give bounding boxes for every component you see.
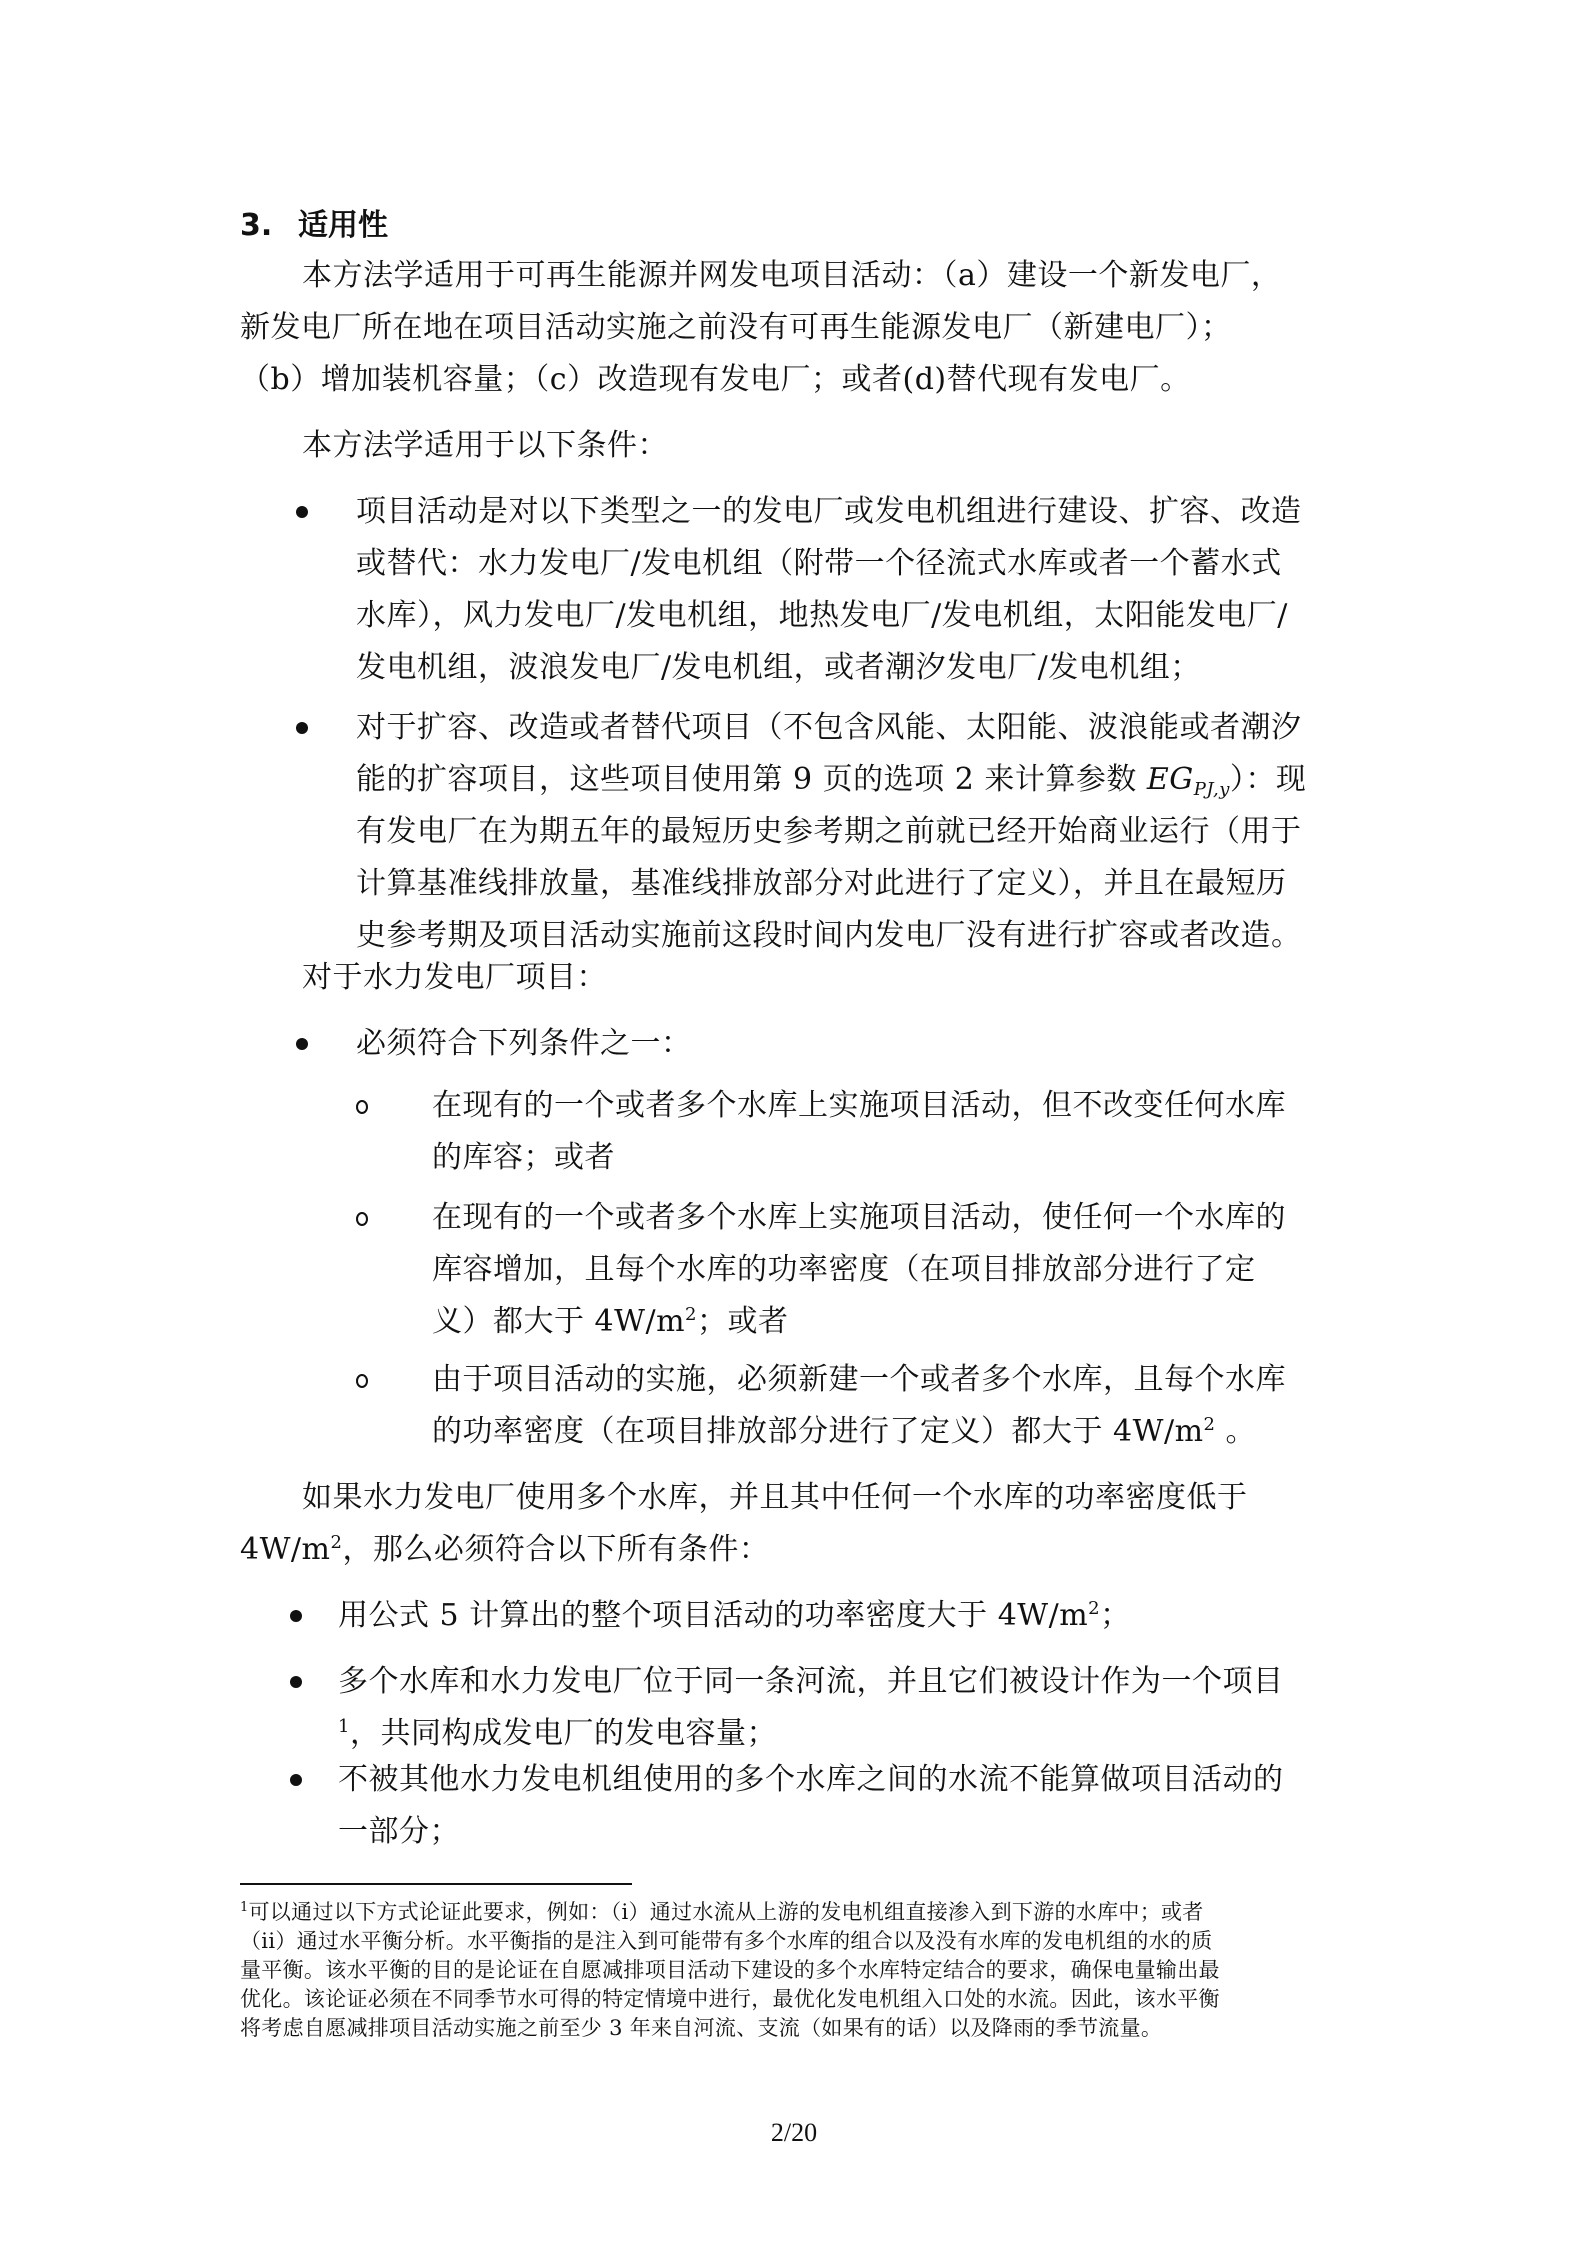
bullet-icon: [290, 1610, 302, 1622]
bullet1-line-1: 项目活动是对以下类型之一的发电厂或发电机组进行建设、扩容、改造: [356, 486, 1302, 538]
cond2-line-2-text: ，共同构成发电厂的发电容量；: [350, 1716, 777, 1751]
cond3-line-1: 不被其他水力发电机组使用的多个水库之间的水流不能算做项目活动的: [338, 1754, 1284, 1806]
superscript: 2: [1088, 1598, 1100, 1619]
section-title: 适用性: [298, 208, 388, 243]
multi-reservoir-line-2-text: ，那么必须符合以下所有条件：: [342, 1532, 769, 1567]
circle-bullet-icon: [356, 1100, 368, 1114]
hydro-sub2-line-3: 义）都大于 4W/m2；或者: [432, 1296, 788, 1348]
bullet2-line-2-tail: ）：现: [1230, 762, 1307, 797]
bullet-icon: [290, 1774, 302, 1786]
hydro-sub3-line-2: 的功率密度（在项目排放部分进行了定义）都大于 4W/m2 。: [432, 1406, 1256, 1458]
hydro-sub2-line-2: 库容增加，且每个水库的功率密度（在项目排放部分进行了定: [432, 1244, 1256, 1296]
circle-bullet-icon: [356, 1374, 368, 1388]
hydro-bullet: 必须符合下列条件之一：: [356, 1018, 692, 1070]
cond1-text: 用公式 5 计算出的整个项目活动的功率密度大于 4W/m: [338, 1598, 1088, 1633]
bullet2-line-1: 对于扩容、改造或者替代项目（不包含风能、太阳能、波浪能或者潮汐: [356, 702, 1302, 754]
cond1-line: 用公式 5 计算出的整个项目活动的功率密度大于 4W/m2；: [338, 1590, 1131, 1642]
bullet1-line-3: 水库），风力发电厂/发电机组，地热发电厂/发电机组，太阳能发电厂/: [356, 590, 1288, 642]
bullet-icon: [296, 1038, 308, 1050]
hydro-sub2-line-1: 在现有的一个或者多个水库上实施项目活动，使任何一个水库的: [432, 1192, 1286, 1244]
bullet1-line-2: 或替代：水力发电厂/发电机组（附带一个径流式水库或者一个蓄水式: [356, 538, 1282, 590]
bullet2-line-4: 计算基准线排放量，基准线排放部分对此进行了定义），并且在最短历: [356, 858, 1287, 910]
hydro-intro: 对于水力发电厂项目：: [302, 952, 607, 1004]
multi-reservoir-line-1: 如果水力发电厂使用多个水库，并且其中任何一个水库的功率密度低于: [302, 1472, 1248, 1524]
footnote-text-1: 可以通过以下方式论证此要求，例如：（i）通过水流从上游的发电机组直接渗入到下游的…: [249, 1900, 1204, 1924]
hydro-sub2-line-3-text: 义）都大于 4W/m: [432, 1304, 685, 1339]
intro-line-1: 本方法学适用于可再生能源并网发电项目活动：（a）建设一个新发电厂，: [302, 250, 1281, 302]
hydro-sub1-line-1: 在现有的一个或者多个水库上实施项目活动，但不改变任何水库: [432, 1080, 1286, 1132]
superscript: 2: [1204, 1414, 1216, 1435]
circle-bullet-icon: [356, 1212, 368, 1226]
bullet2-line-3: 有发电厂在为期五年的最短历史参考期之前就已经开始商业运行（用于: [356, 806, 1302, 858]
unit-text: 4W/m: [240, 1532, 330, 1567]
hydro-sub3-tail: 。: [1215, 1414, 1256, 1449]
page-number: 2/20: [0, 2118, 1588, 2148]
intro-line-3: （b）增加装机容量；（c）改造现有发电厂；或者(d)替代现有发电厂。: [240, 354, 1191, 406]
cond1-tail: ；: [1100, 1598, 1131, 1633]
footnote-line-1: 1可以通过以下方式论证此要求，例如：（i）通过水流从上游的发电机组直接渗入到下游…: [240, 1898, 1204, 1927]
superscript: 2: [330, 1532, 342, 1553]
cond2-line-2: 1，共同构成发电厂的发电容量；: [338, 1708, 777, 1760]
hydro-sub1-line-2: 的库容；或者: [432, 1132, 615, 1184]
param-eg-subscript: PJ,y: [1194, 779, 1230, 800]
bullet2-line-2-text: 能的扩容项目，这些项目使用第 9 页的选项 2 来计算参数: [356, 762, 1147, 797]
bullet-icon: [296, 722, 308, 734]
footnote-line-2: （ii）通过水平衡分析。水平衡指的是注入到可能带有多个水库的组合以及没有水库的发…: [240, 1927, 1213, 1956]
section-number: 3.: [240, 208, 298, 243]
footnote-marker: 1: [240, 1900, 249, 1915]
footnote-ref[interactable]: 1: [338, 1716, 350, 1737]
hydro-sub3-line-1: 由于项目活动的实施，必须新建一个或者多个水库，且每个水库: [432, 1354, 1286, 1406]
bullet1-line-4: 发电机组，波浪发电厂/发电机组，或者潮汐发电厂/发电机组；: [356, 642, 1201, 694]
footnote-divider: [240, 1883, 632, 1885]
footnote-line-4: 优化。该论证必须在不同季节水可得的特定情境中进行，最优化发电机组入口处的水流。因…: [240, 1985, 1220, 2014]
cond3-line-2: 一部分；: [338, 1806, 460, 1858]
param-eg: EG: [1147, 762, 1194, 797]
hydro-sub2-tail: ；或者: [697, 1304, 789, 1339]
conditions-intro: 本方法学适用于以下条件：: [302, 420, 668, 472]
section-heading: 3.适用性: [240, 200, 388, 244]
multi-reservoir-line-2: 4W/m2，那么必须符合以下所有条件：: [240, 1524, 769, 1576]
intro-line-2: 新发电厂所在地在项目活动实施之前没有可再生能源发电厂（新建电厂）；: [240, 302, 1232, 354]
bullet-icon: [296, 506, 308, 518]
superscript: 2: [685, 1304, 697, 1325]
footnote-line-3: 量平衡。该水平衡的目的是论证在自愿减排项目活动下建设的多个水库特定结合的要求，确…: [240, 1956, 1220, 1985]
cond2-line-1: 多个水库和水力发电厂位于同一条河流，并且它们被设计作为一个项目: [338, 1656, 1284, 1708]
bullet-icon: [290, 1676, 302, 1688]
hydro-sub3-line-2-text: 的功率密度（在项目排放部分进行了定义）都大于 4W/m: [432, 1414, 1204, 1449]
document-page: 3.适用性 本方法学适用于可再生能源并网发电项目活动：（a）建设一个新发电厂， …: [0, 0, 1588, 2245]
footnote-line-5: 将考虑自愿减排项目活动实施之前至少 3 年来自河流、支流（如果有的话）以及降雨的…: [240, 2014, 1162, 2043]
